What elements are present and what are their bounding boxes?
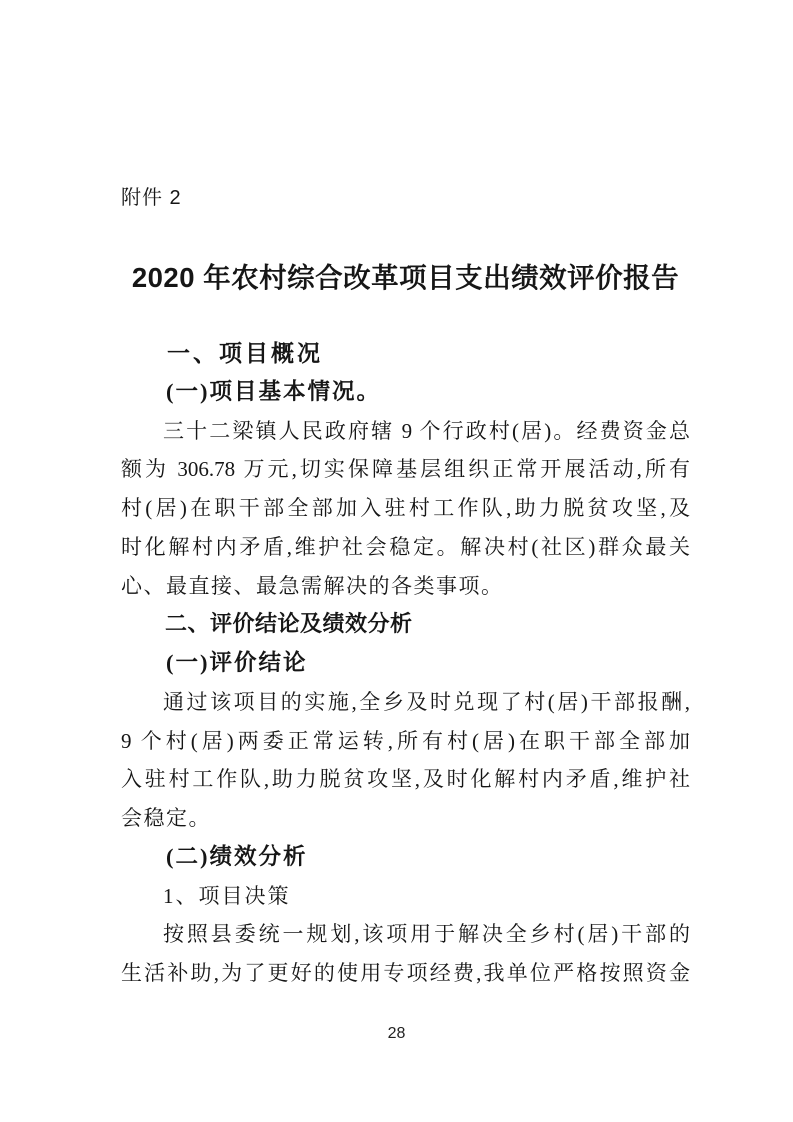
text-line: 按照县委统一规划,该项用于解决全乡村(居)干部的: [121, 915, 690, 954]
text-line: 入驻村工作队,助力脱贫攻坚,及时化解村内矛盾,维护社: [121, 760, 690, 799]
paragraph-3: 按照县委统一规划,该项用于解决全乡村(居)干部的 生活补助,为了更好的使用专项经…: [121, 915, 690, 993]
paragraph-2: 通过该项目的实施,全乡及时兑现了村(居)干部报酬, 9 个村(居)两委正常运转,…: [121, 683, 690, 838]
text-line: 9 个村(居)两委正常运转,所有村(居)在职干部全部加: [121, 722, 690, 761]
subsection-heading-2-2: (二)绩效分析: [121, 838, 690, 877]
subsection-heading-1-1: (一)项目基本情况。: [121, 373, 690, 412]
document-title: 2020 年农村综合改革项目支出绩效评价报告: [121, 258, 690, 298]
attachment-label: 附件 2: [121, 186, 690, 210]
text-line: 会稳定。: [121, 799, 690, 838]
section-heading-1: 一、项目概况: [121, 334, 690, 373]
text-line: 额为 306.78 万元,切实保障基层组织正常开展活动,所有: [121, 450, 690, 489]
text-line: 三十二梁镇人民政府辖 9 个行政村(居)。经费资金总: [121, 412, 690, 451]
text-line: 生活补助,为了更好的使用专项经费,我单位严格按照资金: [121, 954, 690, 993]
numbered-point-heading: 1、项目决策: [121, 877, 690, 916]
document-body: 一、项目概况 (一)项目基本情况。 三十二梁镇人民政府辖 9 个行政村(居)。经…: [121, 334, 690, 993]
text-line: 通过该项目的实施,全乡及时兑现了村(居)干部报酬,: [121, 683, 690, 722]
text-line: 时化解村内矛盾,维护社会稳定。解决村(社区)群众最关: [121, 528, 690, 567]
text-line: 村(居)在职干部全部加入驻村工作队,助力脱贫攻坚,及: [121, 489, 690, 528]
subsection-heading-2-1: (一)评价结论: [121, 644, 690, 683]
page-number: 28: [0, 1026, 793, 1042]
document-page: 附件 2 2020 年农村综合改革项目支出绩效评价报告 一、项目概况 (一)项目…: [0, 0, 793, 1122]
section-heading-2: 二、评价结论及绩效分析: [121, 605, 690, 644]
text-line: 心、最直接、最急需解决的各类事项。: [121, 567, 690, 606]
paragraph-1: 三十二梁镇人民政府辖 9 个行政村(居)。经费资金总 额为 306.78 万元,…: [121, 412, 690, 606]
